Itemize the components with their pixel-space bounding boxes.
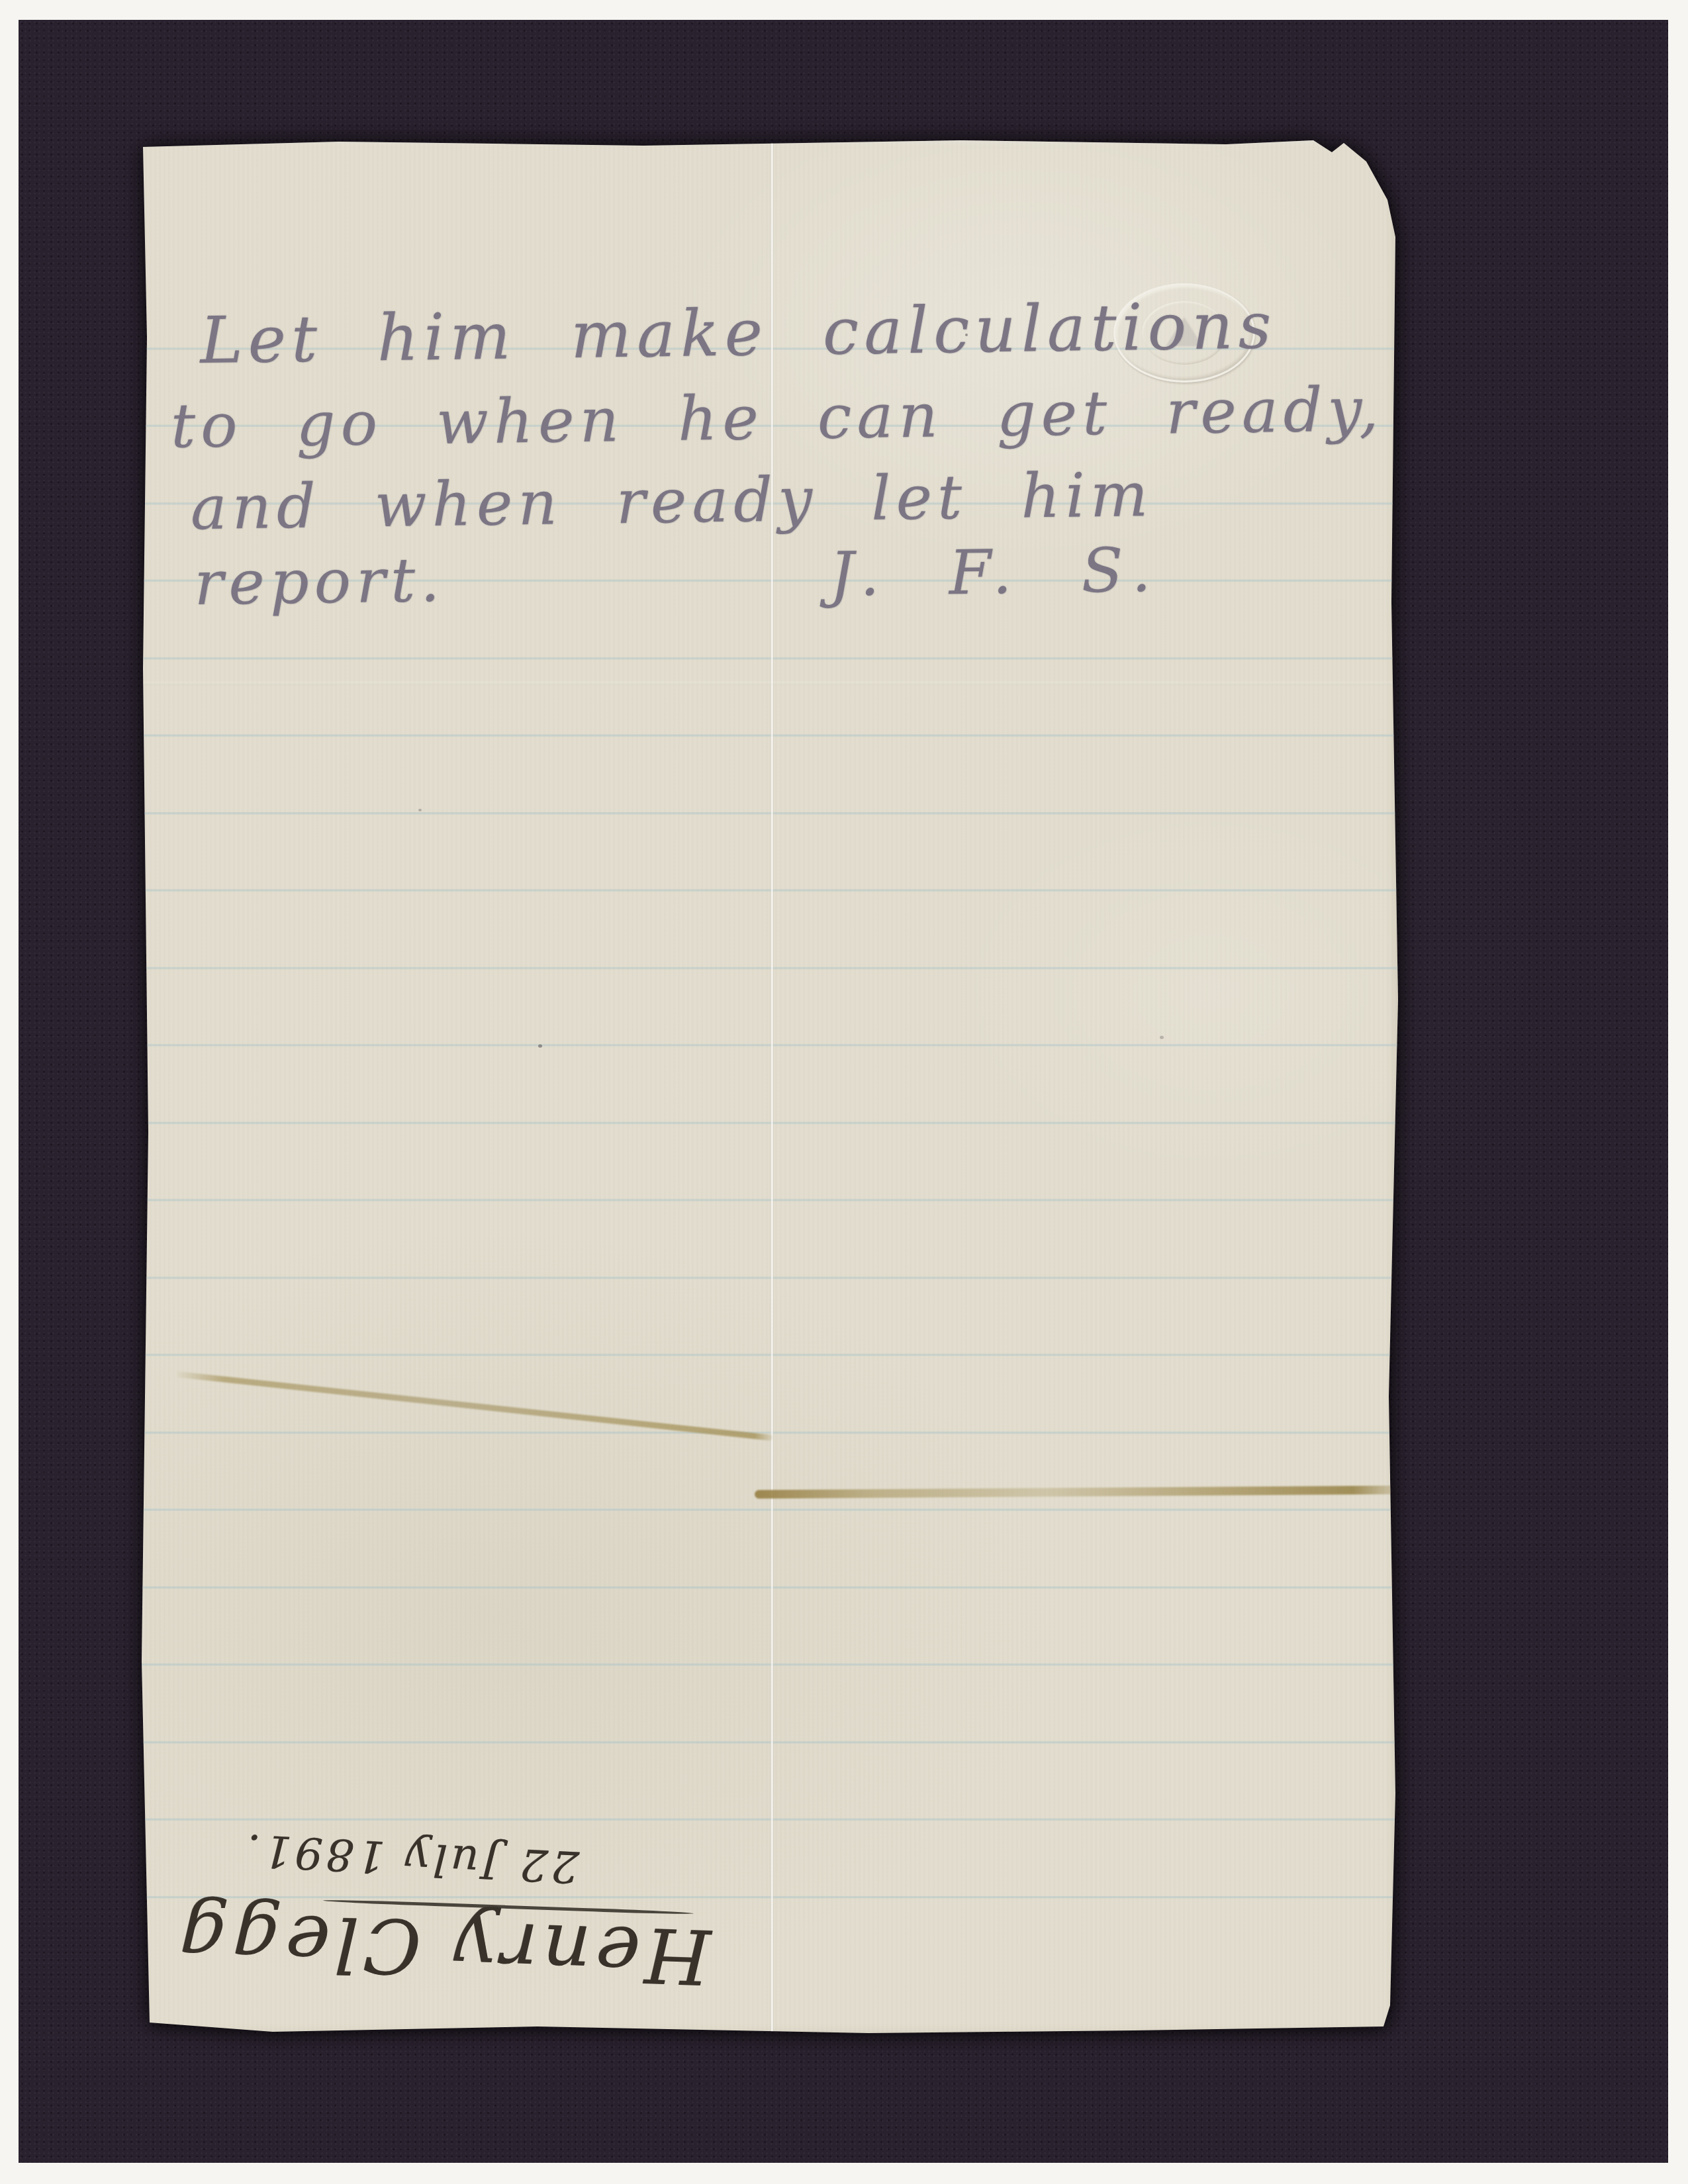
- note-line-4: report. J. F. S.: [194, 535, 1162, 619]
- note-line-4-text: report.: [194, 545, 445, 619]
- note-line-3: and when ready let him: [190, 459, 1154, 543]
- note-line-2: to go when he can get ready,: [170, 374, 1384, 462]
- letter-paper-wrapper: Let him make calculations to go when he …: [140, 139, 1400, 2033]
- note-initials: J. F. S.: [829, 535, 1162, 610]
- note-line-1: Let him make calculations: [199, 288, 1277, 378]
- letter-paper: Let him make calculations to go when he …: [140, 139, 1400, 2033]
- scanned-letter-page: { "photo": { "white_border_color": "#f6f…: [0, 0, 1688, 2184]
- photo-backdrop: Let him make calculations to go when he …: [19, 20, 1668, 2163]
- signature-date: 22 July 1891.: [242, 1824, 581, 1892]
